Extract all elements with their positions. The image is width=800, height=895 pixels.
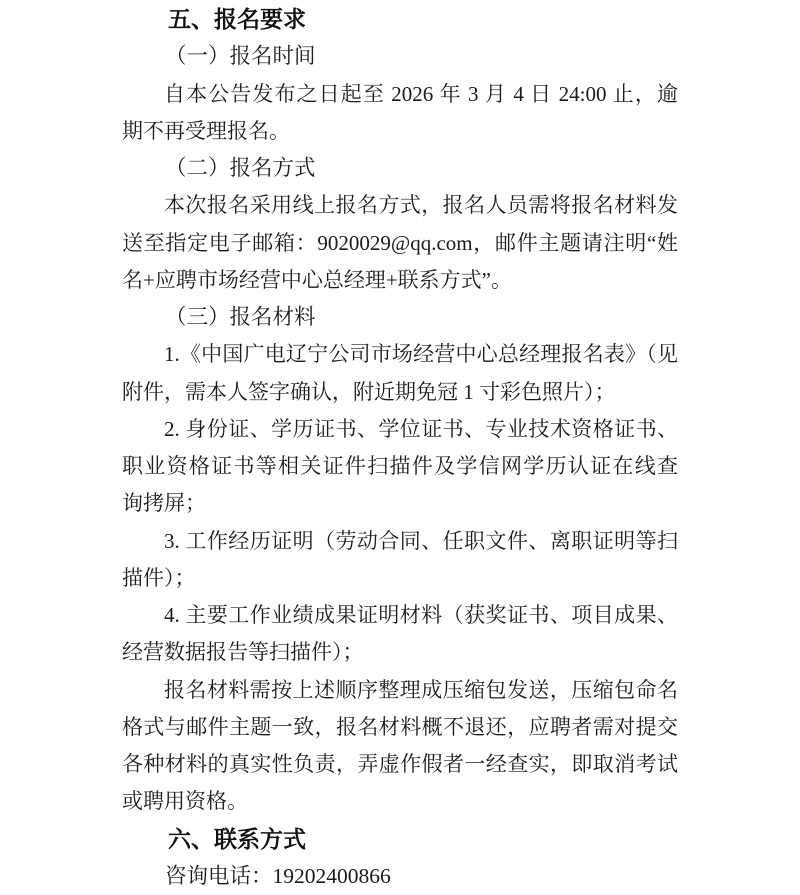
subheading-signup-materials: （三）报名材料 xyxy=(122,299,678,336)
material-item-1-line-2: 附件，需本人签字确认，附近期免冠 1 寸彩色照片）； xyxy=(122,374,678,411)
para-method-line-2: 送至指定电子邮箱：9020029@qq.com，邮件主题请注明“姓 xyxy=(122,225,678,262)
para-note-line-2: 格式与邮件主题一致，报名材料概不退还，应聘者需对提交 xyxy=(122,709,678,746)
material-item-1-line-1: 1.《中国广电辽宁公司市场经营中心总经理报名表》（见 xyxy=(122,336,678,373)
material-item-4-line-1: 4. 主要工作业绩成果证明材料（获奖证书、项目成果、 xyxy=(122,597,678,634)
para-time-line-2: 期不再受理报名。 xyxy=(122,113,678,150)
section-6-heading: 六、联系方式 xyxy=(122,821,678,858)
para-note-line-1: 报名材料需按上述顺序整理成压缩包发送，压缩包命名 xyxy=(122,672,678,709)
section-5-heading: 五、报名要求 xyxy=(122,1,678,38)
para-time-line-1: 自本公告发布之日起至 2026 年 3 月 4 日 24:00 止，逾 xyxy=(122,76,678,113)
material-item-4-line-2: 经营数据报告等扫描件）； xyxy=(122,634,678,671)
material-item-3-line-1: 3. 工作经历证明（劳动合同、任职文件、离职证明等扫 xyxy=(122,523,678,560)
document-page: 五、报名要求 （一）报名时间 自本公告发布之日起至 2026 年 3 月 4 日… xyxy=(0,0,800,895)
material-item-2-line-3: 询拷屏； xyxy=(122,485,678,522)
para-note-line-4: 或聘用资格。 xyxy=(122,783,678,820)
subheading-signup-time: （一）报名时间 xyxy=(122,38,678,75)
subheading-signup-method: （二）报名方式 xyxy=(122,150,678,187)
material-item-3-line-2: 描件）； xyxy=(122,560,678,597)
contact-phone-line: 咨询电话：19202400866 xyxy=(122,858,678,895)
para-note-line-3: 各种材料的真实性负责，弄虚作假者一经查实，即取消考试 xyxy=(122,746,678,783)
para-method-line-1: 本次报名采用线上报名方式，报名人员需将报名材料发 xyxy=(122,187,678,224)
para-method-line-3: 名+应聘市场经营中心总经理+联系方式”。 xyxy=(122,262,678,299)
material-item-2-line-1: 2. 身份证、学历证书、学位证书、专业技术资格证书、 xyxy=(122,411,678,448)
material-item-2-line-2: 职业资格证书等相关证件扫描件及学信网学历认证在线查 xyxy=(122,448,678,485)
